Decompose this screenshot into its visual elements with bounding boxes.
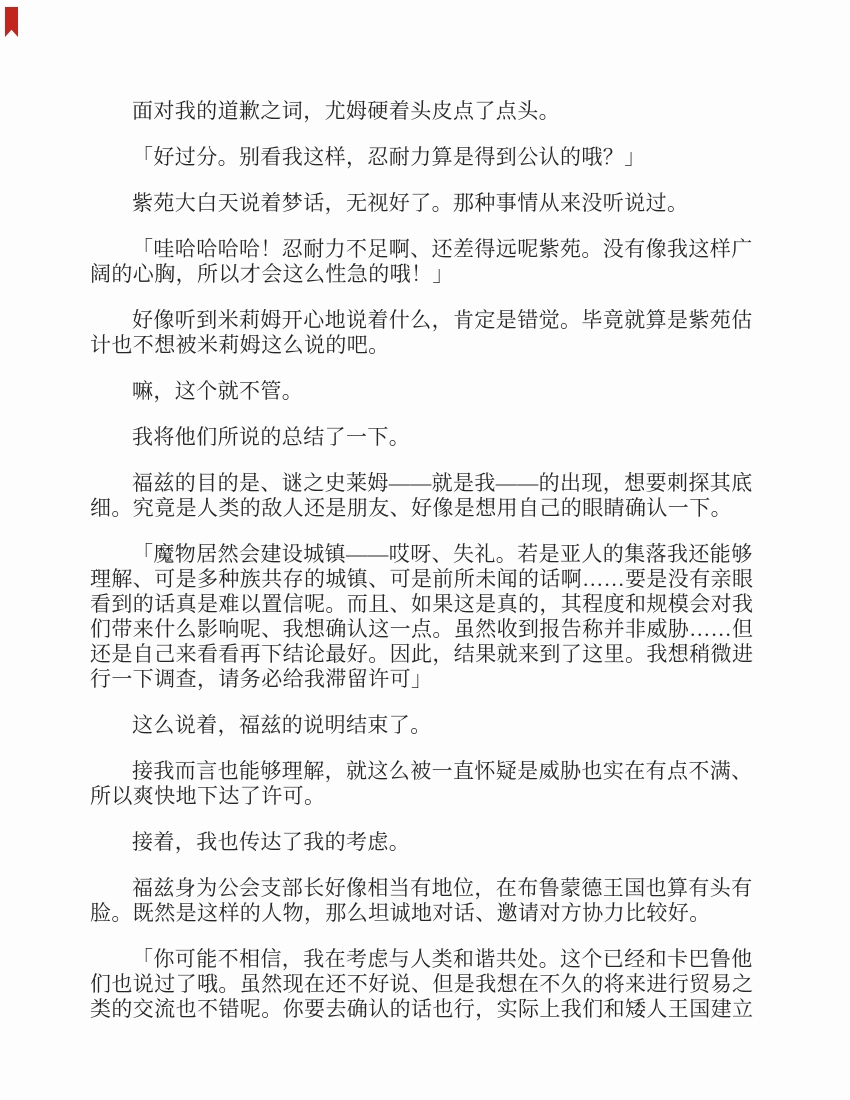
text-line: 「你可能不相信，我在考虑与人类和谐共处。这个已经和卡巴鲁他 <box>90 947 762 972</box>
novel-reader-page: 面对我的道歉之词，尤姆硬着头皮点了点头。「好过分。别看我这样，忍耐力算是得到公认… <box>0 0 850 1100</box>
text-line: 脸。既然是这样的人物，那么坦诚地对话、邀请对方协力比较好。 <box>90 901 762 926</box>
paragraph: 我将他们所说的总结了一下。 <box>90 425 762 450</box>
paragraph: 接我而言也能够理解，就这么被一直怀疑是威胁也实在有点不满、所以爽快地下达了许可。 <box>90 759 762 809</box>
paragraph: 面对我的道歉之词，尤姆硬着头皮点了点头。 <box>90 99 762 124</box>
text-line: 看到的话真是难以置信呢。而且、如果这是真的，其程度和规模会对我 <box>90 592 762 617</box>
paragraph: 嘛，这个就不管。 <box>90 379 762 404</box>
text-line: 行一下调查，请务必给我滞留许可」 <box>90 667 762 692</box>
text-line: 接着，我也传达了我的考虑。 <box>90 830 762 855</box>
text-line: 细。究竟是人类的敌人还是朋友、好像是想用自己的眼睛确认一下。 <box>90 496 762 521</box>
paragraph: 紫苑大白天说着梦话，无视好了。那种事情从来没听说过。 <box>90 191 762 216</box>
text-line: 面对我的道歉之词，尤姆硬着头皮点了点头。 <box>90 99 762 124</box>
paragraph: 福兹身为公会支部长好像相当有地位，在布鲁蒙德王国也算有头有脸。既然是这样的人物，… <box>90 876 762 926</box>
text-line: 紫苑大白天说着梦话，无视好了。那种事情从来没听说过。 <box>90 191 762 216</box>
text-line: 接我而言也能够理解，就这么被一直怀疑是威胁也实在有点不满、 <box>90 759 762 784</box>
text-line: 们也说过了哦。虽然现在还不好说、但是我想在不久的将来进行贸易之 <box>90 972 762 997</box>
novel-text-content: 面对我的道歉之词，尤姆硬着头皮点了点头。「好过分。别看我这样，忍耐力算是得到公认… <box>90 99 762 1043</box>
paragraph: 「你可能不相信，我在考虑与人类和谐共处。这个已经和卡巴鲁他们也说过了哦。虽然现在… <box>90 947 762 1022</box>
text-line: 计也不想被米莉姆这么说的吧。 <box>90 333 762 358</box>
text-line: 这么说着，福兹的说明结束了。 <box>90 713 762 738</box>
text-line: 所以爽快地下达了许可。 <box>90 784 762 809</box>
text-line: 我将他们所说的总结了一下。 <box>90 425 762 450</box>
text-line: 「好过分。别看我这样，忍耐力算是得到公认的哦？」 <box>90 145 762 170</box>
paragraph: 福兹的目的是、谜之史莱姆——就是我——的出现，想要刺探其底细。究竟是人类的敌人还… <box>90 471 762 521</box>
paragraph: 这么说着，福兹的说明结束了。 <box>90 713 762 738</box>
bookmark-icon[interactable] <box>5 7 18 37</box>
text-line: 福兹身为公会支部长好像相当有地位，在布鲁蒙德王国也算有头有 <box>90 876 762 901</box>
text-line: 福兹的目的是、谜之史莱姆——就是我——的出现，想要刺探其底 <box>90 471 762 496</box>
text-line: 们带来什么影响呢、我想确认这一点。虽然收到报告称并非威胁……但 <box>90 617 762 642</box>
text-line: 理解、可是多种族共存的城镇、可是前所未闻的话啊……要是没有亲眼 <box>90 567 762 592</box>
text-line: 嘛，这个就不管。 <box>90 379 762 404</box>
paragraph: 好像听到米莉姆开心地说着什么，肯定是错觉。毕竟就算是紫苑估计也不想被米莉姆这么说… <box>90 308 762 358</box>
paragraph: 接着，我也传达了我的考虑。 <box>90 830 762 855</box>
text-line: 好像听到米莉姆开心地说着什么，肯定是错觉。毕竟就算是紫苑估 <box>90 308 762 333</box>
paragraph: 「好过分。别看我这样，忍耐力算是得到公认的哦？」 <box>90 145 762 170</box>
text-line: 「魔物居然会建设城镇——哎呀、失礼。若是亚人的集落我还能够 <box>90 542 762 567</box>
text-line: 阔的心胸，所以才会这么性急的哦！」 <box>90 262 762 287</box>
text-line: 类的交流也不错呢。你要去确认的话也行，实际上我们和矮人王国建立 <box>90 997 762 1022</box>
paragraph: 「哇哈哈哈哈！忍耐力不足啊、还差得远呢紫苑。没有像我这样广阔的心胸，所以才会这么… <box>90 237 762 287</box>
text-line: 「哇哈哈哈哈！忍耐力不足啊、还差得远呢紫苑。没有像我这样广 <box>90 237 762 262</box>
paragraph: 「魔物居然会建设城镇——哎呀、失礼。若是亚人的集落我还能够理解、可是多种族共存的… <box>90 542 762 692</box>
text-line: 还是自己来看看再下结论最好。因此，结果就来到了这里。我想稍微进 <box>90 642 762 667</box>
